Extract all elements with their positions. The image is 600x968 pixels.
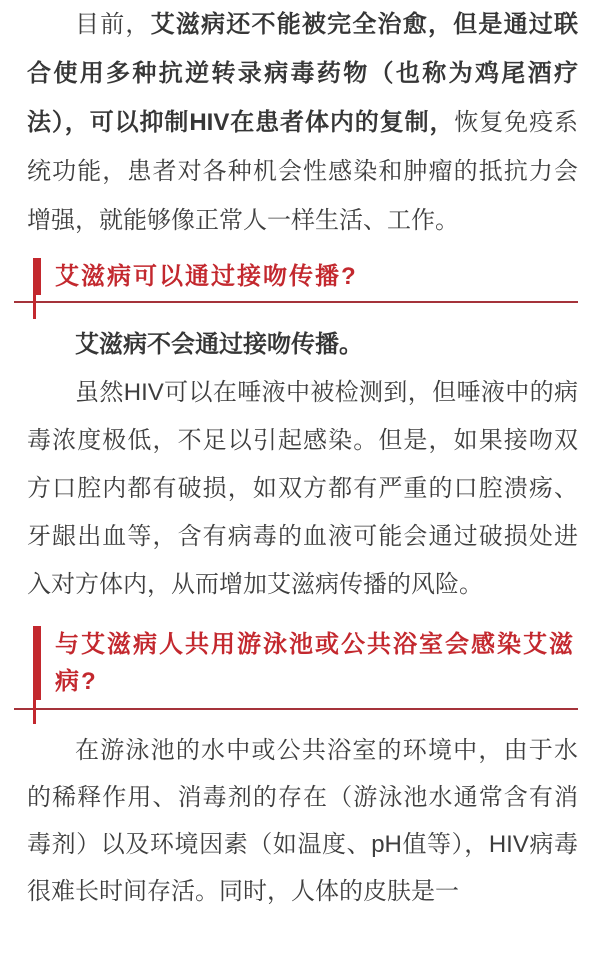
heading-marker-bar — [33, 626, 41, 700]
heading-rule — [0, 700, 600, 724]
heading-rule — [0, 295, 600, 319]
heading-row: 艾滋病可以通过接吻传播? — [33, 258, 575, 295]
pool-body-paragraph: 在游泳池的水中或公共浴室的环境中，由于水的稀释作用、消毒剂的存在（游泳池水通常含… — [27, 727, 578, 915]
rule-vertical-tick — [33, 295, 36, 319]
rule-horizontal-line — [14, 708, 578, 710]
section-title-kissing: 艾滋病可以通过接吻传播? — [55, 258, 358, 295]
section-heading-kissing: 艾滋病可以通过接吻传播? — [0, 258, 600, 319]
answer-statement: 艾滋病不会通过接吻传播。 — [27, 321, 578, 369]
heading-row: 与艾滋病人共用游泳池或公共浴室会感染艾滋病? — [33, 626, 575, 700]
rule-vertical-tick — [33, 700, 36, 724]
section-heading-pool: 与艾滋病人共用游泳池或公共浴室会感染艾滋病? — [0, 626, 600, 724]
rule-horizontal-line — [14, 301, 578, 303]
intro-paragraph: 目前，艾滋病还不能被完全治愈，但是通过联合使用多种抗逆转录病毒药物（也称为鸡尾酒… — [27, 0, 578, 245]
kissing-body-paragraph: 虽然HIV可以在唾液中被检测到，但唾液中的病毒浓度极低，不足以引起感染。但是，如… — [27, 369, 578, 609]
heading-marker-bar — [33, 258, 41, 295]
section-title-pool: 与艾滋病人共用游泳池或公共浴室会感染艾滋病? — [55, 626, 575, 700]
intro-text-prefix: 目前， — [75, 11, 151, 38]
article-body: 目前，艾滋病还不能被完全治愈，但是通过联合使用多种抗逆转录病毒药物（也称为鸡尾酒… — [0, 0, 600, 915]
